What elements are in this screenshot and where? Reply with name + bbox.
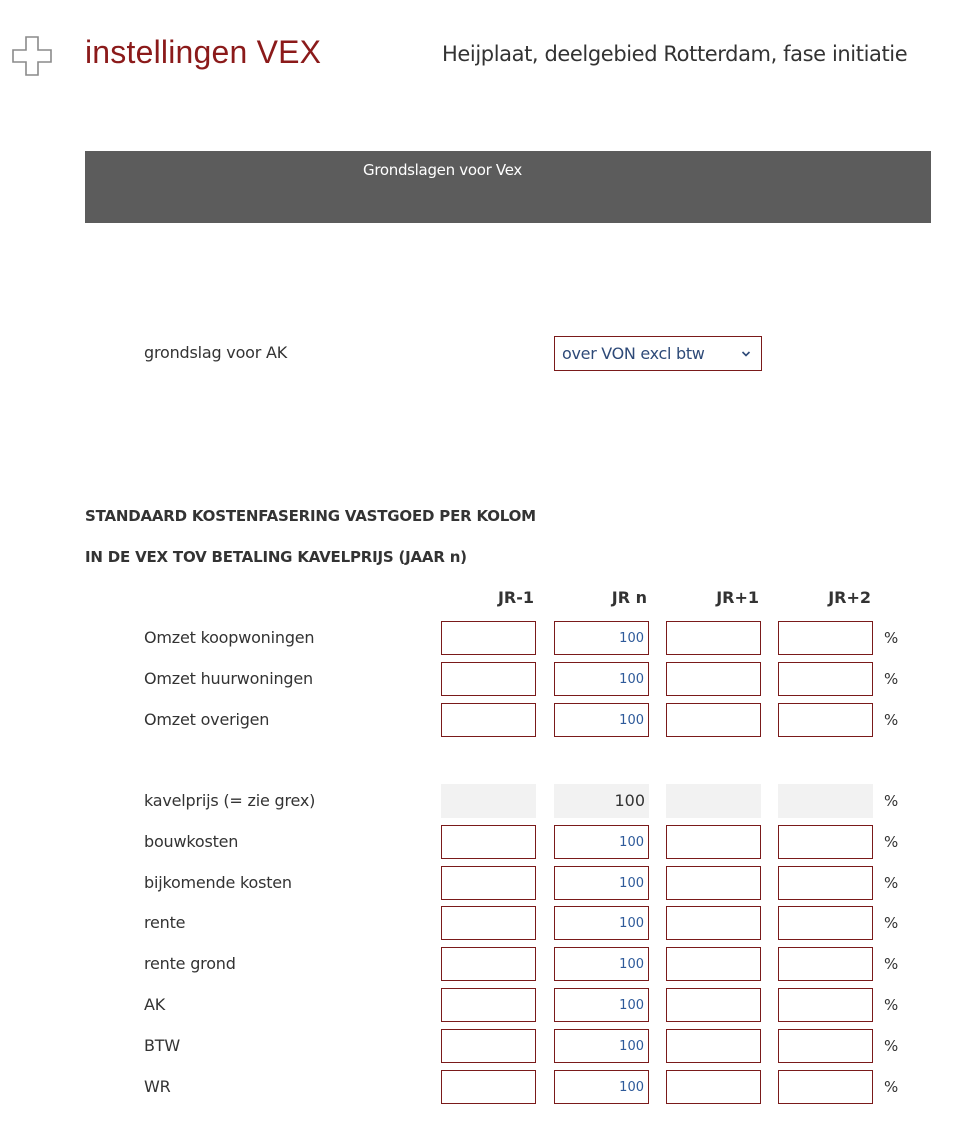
percentage-input-2[interactable] xyxy=(666,906,761,940)
percentage-input-0[interactable] xyxy=(441,662,536,696)
unit-label: % xyxy=(884,955,898,973)
row-label: Omzet overigen xyxy=(144,710,269,729)
unit-label: % xyxy=(884,1037,898,1055)
grondslag-select-value: over VON excl btw xyxy=(562,344,741,363)
percentage-input-3[interactable] xyxy=(778,988,873,1022)
readonly-cell-3 xyxy=(778,784,873,818)
row-label: WR xyxy=(144,1077,171,1096)
percentage-input-0[interactable] xyxy=(441,947,536,981)
percentage-input-3[interactable] xyxy=(778,947,873,981)
column-header: JR+1 xyxy=(666,588,761,607)
percentage-input-0[interactable] xyxy=(441,621,536,655)
percentage-input-0[interactable] xyxy=(441,906,536,940)
percentage-input-3[interactable] xyxy=(778,1070,873,1104)
column-header: JR-1 xyxy=(441,588,536,607)
section-header-band: Grondslagen voor Vex xyxy=(85,151,931,223)
chevron-down-icon xyxy=(741,350,751,358)
percentage-input-1[interactable] xyxy=(554,866,649,900)
percentage-input-0[interactable] xyxy=(441,866,536,900)
percentage-input-0[interactable] xyxy=(441,988,536,1022)
percentage-input-2[interactable] xyxy=(666,988,761,1022)
unit-label: % xyxy=(884,874,898,892)
percentage-input-2[interactable] xyxy=(666,1029,761,1063)
percentage-input-3[interactable] xyxy=(778,703,873,737)
table-row: rente% xyxy=(0,906,966,940)
percentage-input-3[interactable] xyxy=(778,906,873,940)
row-label: Omzet huurwoningen xyxy=(144,669,313,688)
percentage-input-1[interactable] xyxy=(554,988,649,1022)
percentage-input-3[interactable] xyxy=(778,1029,873,1063)
table-row: bouwkosten% xyxy=(0,825,966,859)
table-row: Omzet overigen% xyxy=(0,703,966,737)
percentage-input-0[interactable] xyxy=(441,1029,536,1063)
percentage-input-1[interactable] xyxy=(554,947,649,981)
row-label: kavelprijs (= zie grex) xyxy=(144,791,315,810)
percentage-input-1[interactable] xyxy=(554,703,649,737)
percentage-input-2[interactable] xyxy=(666,947,761,981)
table-row: bijkomende kosten% xyxy=(0,866,966,900)
percentage-input-2[interactable] xyxy=(666,703,761,737)
table-row: rente grond% xyxy=(0,947,966,981)
unit-label: % xyxy=(884,914,898,932)
table-row: AK% xyxy=(0,988,966,1022)
unit-label: % xyxy=(884,711,898,729)
unit-label: % xyxy=(884,833,898,851)
row-label: bouwkosten xyxy=(144,832,238,851)
percentage-input-1[interactable] xyxy=(554,906,649,940)
column-header: JR+2 xyxy=(778,588,873,607)
percentage-input-1[interactable] xyxy=(554,825,649,859)
percentage-input-1[interactable] xyxy=(554,1029,649,1063)
percentage-input-0[interactable] xyxy=(441,1070,536,1104)
percentage-input-0[interactable] xyxy=(441,703,536,737)
table-row: BTW% xyxy=(0,1029,966,1063)
row-label: rente grond xyxy=(144,954,236,973)
grondslag-select[interactable]: over VON excl btw xyxy=(554,336,762,371)
fasering-heading: STANDAARD KOSTENFASERING VASTGOED PER KO… xyxy=(85,507,536,525)
row-label: rente xyxy=(144,913,185,932)
row-label: Omzet koopwoningen xyxy=(144,628,314,647)
percentage-input-2[interactable] xyxy=(666,1070,761,1104)
row-label: bijkomende kosten xyxy=(144,873,292,892)
unit-label: % xyxy=(884,792,898,810)
table-row: Omzet koopwoningen% xyxy=(0,621,966,655)
readonly-cell-2 xyxy=(666,784,761,818)
table-row: Omzet huurwoningen% xyxy=(0,662,966,696)
percentage-input-0[interactable] xyxy=(441,825,536,859)
fasering-subheading: IN DE VEX TOV BETALING KAVELPRIJS (JAAR … xyxy=(85,548,467,566)
readonly-cell-1: 100 xyxy=(554,784,649,818)
row-label: BTW xyxy=(144,1036,180,1055)
percentage-input-2[interactable] xyxy=(666,825,761,859)
percentage-input-1[interactable] xyxy=(554,662,649,696)
percentage-input-1[interactable] xyxy=(554,1070,649,1104)
project-title: Heijplaat, deelgebied Rotterdam, fase in… xyxy=(442,42,931,66)
percentage-input-2[interactable] xyxy=(666,662,761,696)
unit-label: % xyxy=(884,629,898,647)
percentage-input-2[interactable] xyxy=(666,621,761,655)
percentage-input-3[interactable] xyxy=(778,866,873,900)
unit-label: % xyxy=(884,996,898,1014)
percentage-input-1[interactable] xyxy=(554,621,649,655)
unit-label: % xyxy=(884,670,898,688)
app-title: instellingen VEX xyxy=(85,34,321,71)
percentage-input-3[interactable] xyxy=(778,662,873,696)
row-label: AK xyxy=(144,995,165,1014)
plus-icon[interactable] xyxy=(12,36,52,76)
table-row: WR% xyxy=(0,1070,966,1104)
grondslag-label: grondslag voor AK xyxy=(144,343,287,362)
column-header: JR n xyxy=(554,588,649,607)
percentage-input-3[interactable] xyxy=(778,621,873,655)
table-row: kavelprijs (= zie grex)100% xyxy=(0,784,966,818)
readonly-cell-0 xyxy=(441,784,536,818)
percentage-input-3[interactable] xyxy=(778,825,873,859)
section-title: Grondslagen voor Vex xyxy=(363,161,522,179)
unit-label: % xyxy=(884,1078,898,1096)
percentage-input-2[interactable] xyxy=(666,866,761,900)
